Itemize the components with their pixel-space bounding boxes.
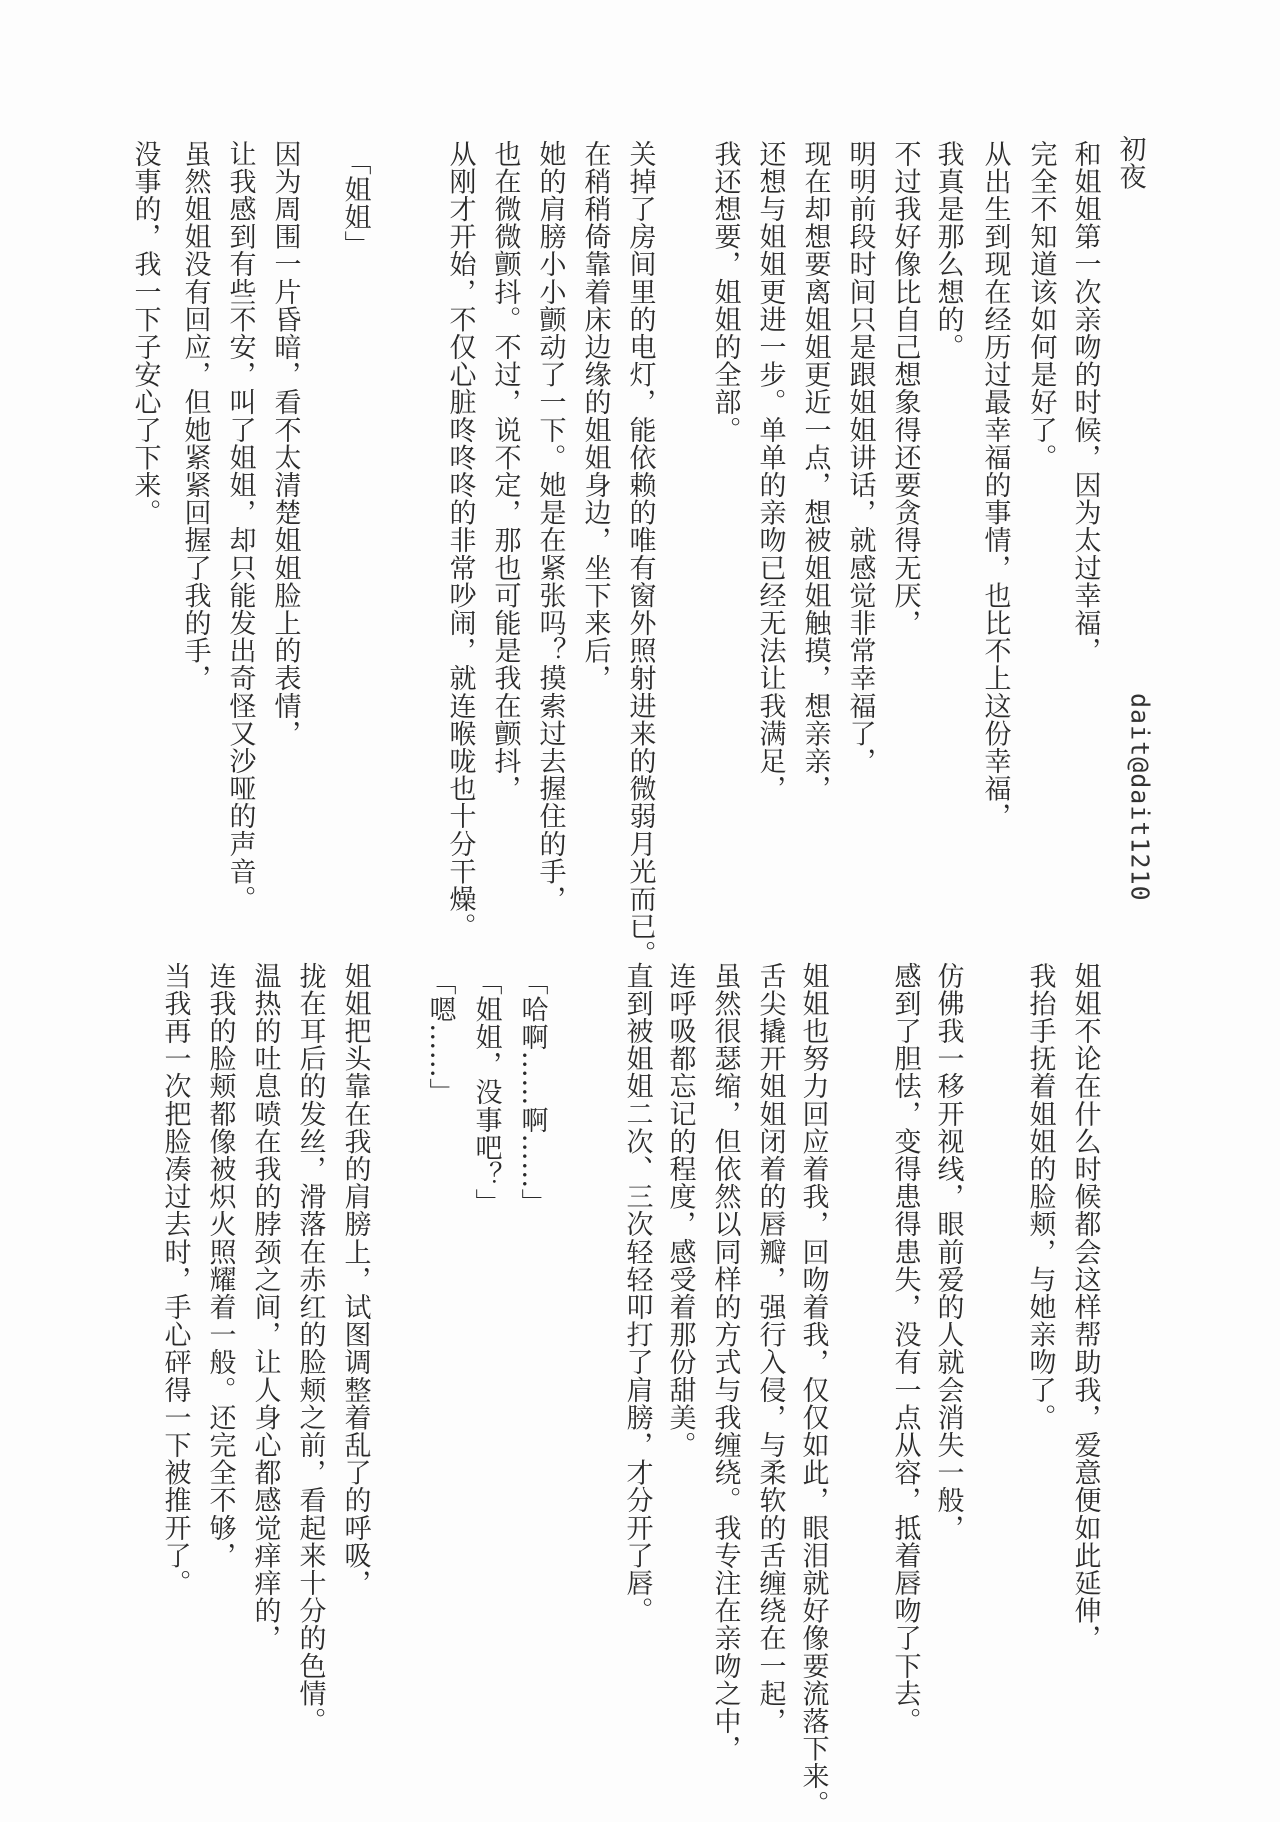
page-title: 初夜 (1117, 135, 1144, 190)
text-line: 在稍稍倚靠着床边缘的姐姐身边，坐下来后， (582, 140, 609, 692)
text-line: 不过我好像比自己想象得还要贪得无厌， (892, 140, 919, 637)
text-line: 我还想要，姐姐的全部。 (712, 140, 739, 444)
text-line: 姐姐把头靠在我的肩膀上，试图调整着乱了的呼吸， (342, 962, 369, 1597)
text-line: 现在却想要离姐姐更近一点，想被姐姐触摸，想亲亲， (802, 140, 829, 802)
text-line: 没事的，我一下子安心了下来。 (132, 140, 159, 526)
text-line: 让我感到有些不安，叫了姐姐，却只能发出奇怪又沙哑的声音。 (227, 140, 254, 913)
text-line: 感到了胆怯，变得患得患失，没有一点从容，抵着唇吻了下去。 (892, 962, 919, 1735)
text-line: 拢在耳后的发丝，滑落在赤红的脸颊之前，看起来十分的色情。 (297, 962, 324, 1735)
dialogue-line: 「姐姐，没事吧？」 (473, 968, 500, 1216)
dialogue-line: 「姐姐」 (342, 148, 369, 258)
text-line: 虽然很瑟缩，但依然以同样的方式与我缠绕。我专注在亲吻之中， (712, 962, 739, 1762)
text-line: 从刚才开始，不仅心脏咚咚咚的非常吵闹，就连喉咙也十分干燥。 (447, 140, 474, 940)
text-line: 直到被姐姐二次、三次轻轻叩打了肩膀，才分开了唇。 (624, 962, 651, 1624)
text-line: 温热的吐息喷在我的脖颈之间，让人身心都感觉痒痒的， (252, 962, 279, 1652)
text-line: 我真是那么想的。 (935, 140, 962, 361)
text-line: 完全不知道该如何是好了。 (1028, 140, 1055, 471)
text-line: 还想与姐姐更进一步。单单的亲吻已经无法让我满足， (757, 140, 784, 802)
text-line: 从出生到现在经历过最幸福的事情，也比不上这份幸福， (982, 140, 1009, 830)
text-line: 因为周围一片昏暗，看不太清楚姐姐脸上的表情， (272, 140, 299, 747)
text-line: 我抬手抚着姐姐的脸颊，与她亲吻了。 (1027, 962, 1054, 1431)
text-line: 连呼吸都忘记的程度，感受着那份甜美。 (667, 962, 694, 1459)
text-line: 当我再一次把脸凑过去时，手心砰得一下被推开了。 (162, 962, 189, 1597)
text-line: 也在微微颤抖。不过，说不定，那也可能是我在颤抖， (492, 140, 519, 802)
text-line: 虽然姐姐没有回应，但她紧紧回握了我的手， (182, 140, 209, 692)
text-line: 关掉了房间里的电灯，能依赖的唯有窗外照射进来的微弱月光而已。 (627, 140, 654, 968)
dialogue-line: 「哈啊……啊……」 (519, 968, 546, 1216)
text-line: 明明前段时间只是跟姐姐讲话，就感觉非常幸福了， (847, 140, 874, 775)
text-line: 姐姐不论在什么时候都会这样帮助我，爱意便如此延伸， (1072, 962, 1099, 1652)
text-line: 姐姐也努力回应着我，回吻着我，仅仅如此，眼泪就好像要流落下来。 (800, 962, 827, 1818)
author-credit: dait@dait1210 (1128, 693, 1153, 902)
novel-page: 初夜 dait@dait1210 和姐姐第一次亲吻的时候，因为太过幸福， 完全不… (0, 0, 1280, 1822)
text-line: 连我的脸颊都像被炽火照耀着一般。还完全不够， (207, 962, 234, 1569)
text-line: 仿佛我一移开视线，眼前爱的人就会消失一般， (935, 962, 962, 1542)
text-line: 和姐姐第一次亲吻的时候，因为太过幸福， (1072, 140, 1099, 664)
dialogue-line: 「嗯……」 (427, 968, 454, 1106)
text-line: 她的肩膀小小颤动了一下。她是在紧张吗？摸索过去握住的手， (537, 140, 564, 913)
text-line: 舌尖撬开姐姐闭着的唇瓣，强行入侵，与柔软的舌缠绕在一起， (757, 962, 784, 1735)
